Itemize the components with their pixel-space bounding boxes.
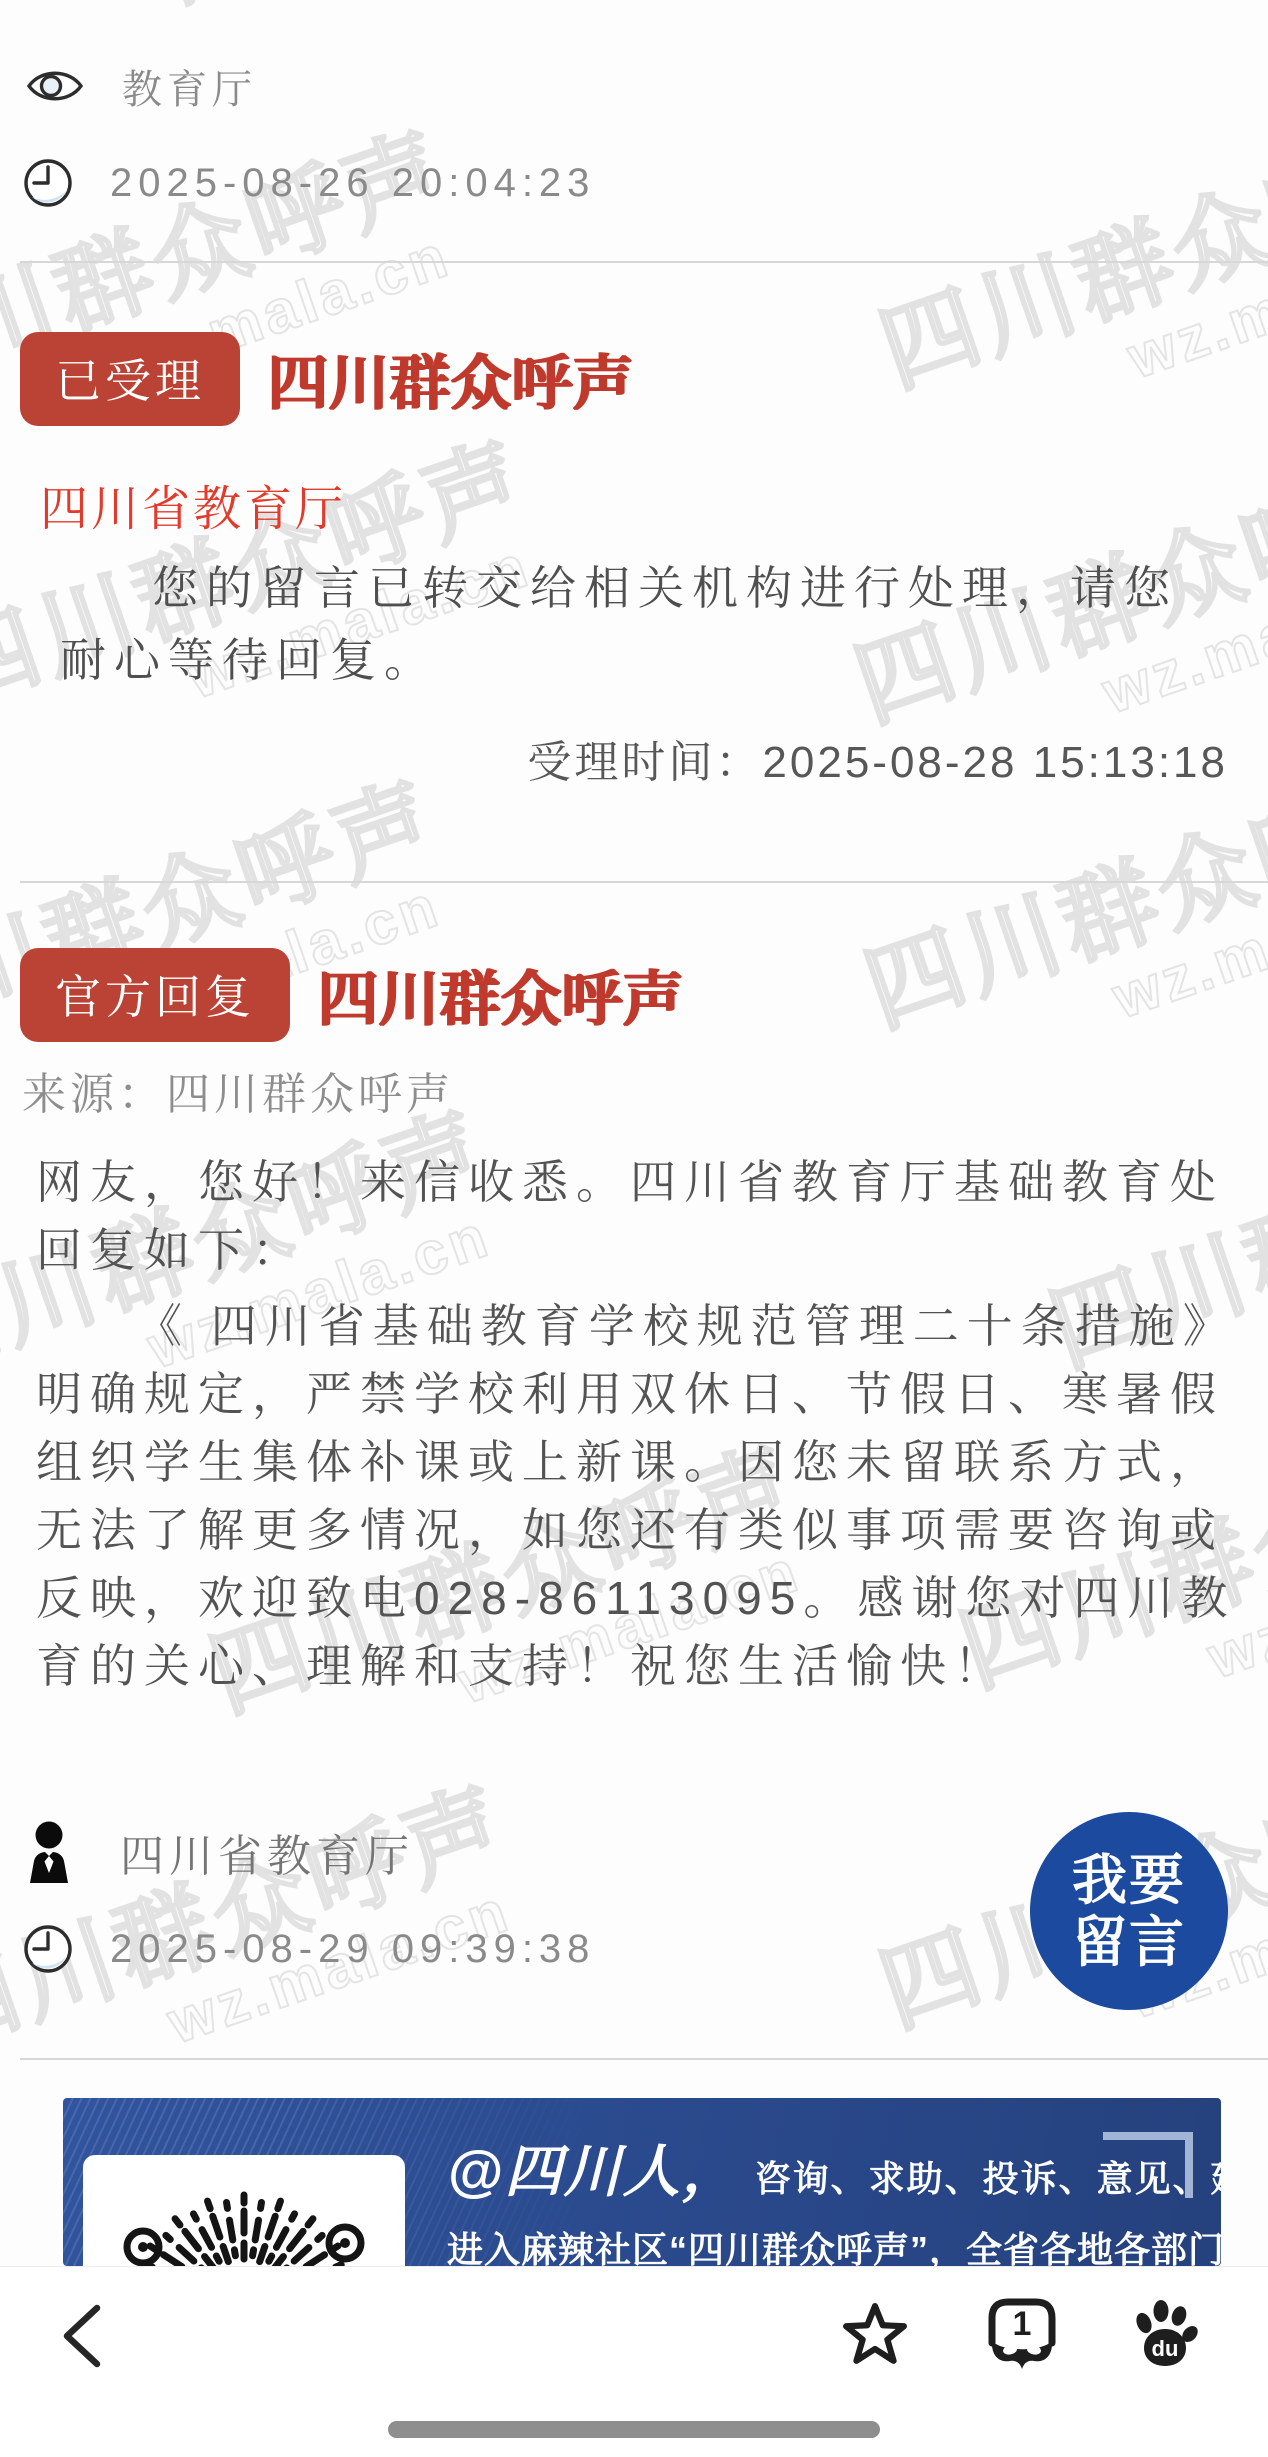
reply-paragraph-1: 网友，您好！来信收悉。四川省教育厅基础教育处回复如下： [36,1148,1248,1284]
leave-message-button[interactable]: 我要 留言 [1030,1812,1228,2010]
accepted-message: 您的留言已转交给相关机构进行处理，请您耐心等待回复。 [60,552,1200,696]
screen: 四川群众呼声wz.mala.cn四川群众呼声wz.mala.cn四川群众呼声wz… [0,0,1268,2457]
divider [20,261,1268,263]
qr-code-graphic [83,2155,405,2266]
brand-logo[interactable]: 四川群众呼声 [268,336,634,422]
back-chevron-icon [60,2303,104,2369]
banner-headline: @四川人， [447,2126,741,2208]
reply-header: 官方回复 四川群众呼声 [20,948,684,1042]
baidu-paw-icon: du [1131,2299,1199,2369]
leave-message-line1: 我要 [1072,1849,1186,1911]
clock-icon [22,1923,74,1975]
divider [20,2058,1268,2060]
status-badge-official-reply: 官方回复 [20,948,290,1042]
person-icon [28,1821,70,1883]
divider [20,881,1268,883]
reply-time: 2025-08-29 09:39:38 [110,1927,595,1972]
back-button[interactable] [60,2303,104,2372]
post-time-row: 2025-08-26 20:04:23 [22,156,595,210]
corner-bracket-decoration [1103,2132,1193,2198]
promo-banner[interactable]: @四川人， 咨询、求助、投诉、意见、建议…… 进入麻辣社区“四川群众呼声”，全省… [63,2098,1221,2266]
brand-logo[interactable]: 四川群众呼声 [318,952,684,1038]
star-icon [842,2301,908,2367]
favorite-button[interactable] [842,2301,908,2370]
comment-button[interactable]: 1 [987,2297,1057,2376]
reply-paragraph-2: 《 四川省基础教育学校规范管理二十条措施》明确规定，严禁学校利用双休日、节假日、… [36,1292,1248,1700]
comment-count: 1 [1013,2305,1032,2343]
status-badge-accepted: 已受理 [20,332,240,426]
reply-time-row: 2025-08-29 09:39:38 [22,1922,595,1976]
clock-icon [22,157,74,209]
post-time: 2025-08-26 20:04:23 [110,161,595,206]
baidu-button[interactable]: du [1131,2299,1199,2372]
message-detail-page: 教育厅 2025-08-26 20:04:23 已受理 四川群众呼声 四川省教育… [0,0,1268,2457]
source-line: 来源：四川群众呼声 [22,1058,454,1122]
comment-mask-icon: 1 [987,2297,1057,2373]
qr-code [83,2155,405,2266]
accept-time-label: 受理时间： [527,738,762,787]
leave-message-line2: 留言 [1072,1911,1186,1973]
responder-name: 四川省教育厅 [120,1820,414,1884]
banner-subline: 进入麻辣社区“四川群众呼声”，全省各地各部门在线回应。 [447,2222,1221,2266]
accepted-department-title[interactable]: 四川省教育厅 [40,470,346,539]
source-value: 四川群众呼声 [166,1070,454,1119]
department-row: 教育厅 [26,60,257,112]
accepted-header: 已受理 四川群众呼声 [20,332,634,426]
baidu-du-label: du [1152,2336,1179,2361]
responder-row: 四川省教育厅 [28,1822,414,1882]
eye-icon [26,64,84,108]
source-label: 来源： [22,1070,166,1119]
accept-time-value: 2025-08-28 15:13:18 [762,738,1228,787]
reply-body: 网友，您好！来信收悉。四川省教育厅基础教育处回复如下： 《 四川省基础教育学校规… [36,1148,1248,1700]
department-label: 教育厅 [122,58,257,115]
accept-time-line: 受理时间：2025-08-28 15:13:18 [60,726,1228,790]
home-indicator[interactable] [388,2421,880,2438]
